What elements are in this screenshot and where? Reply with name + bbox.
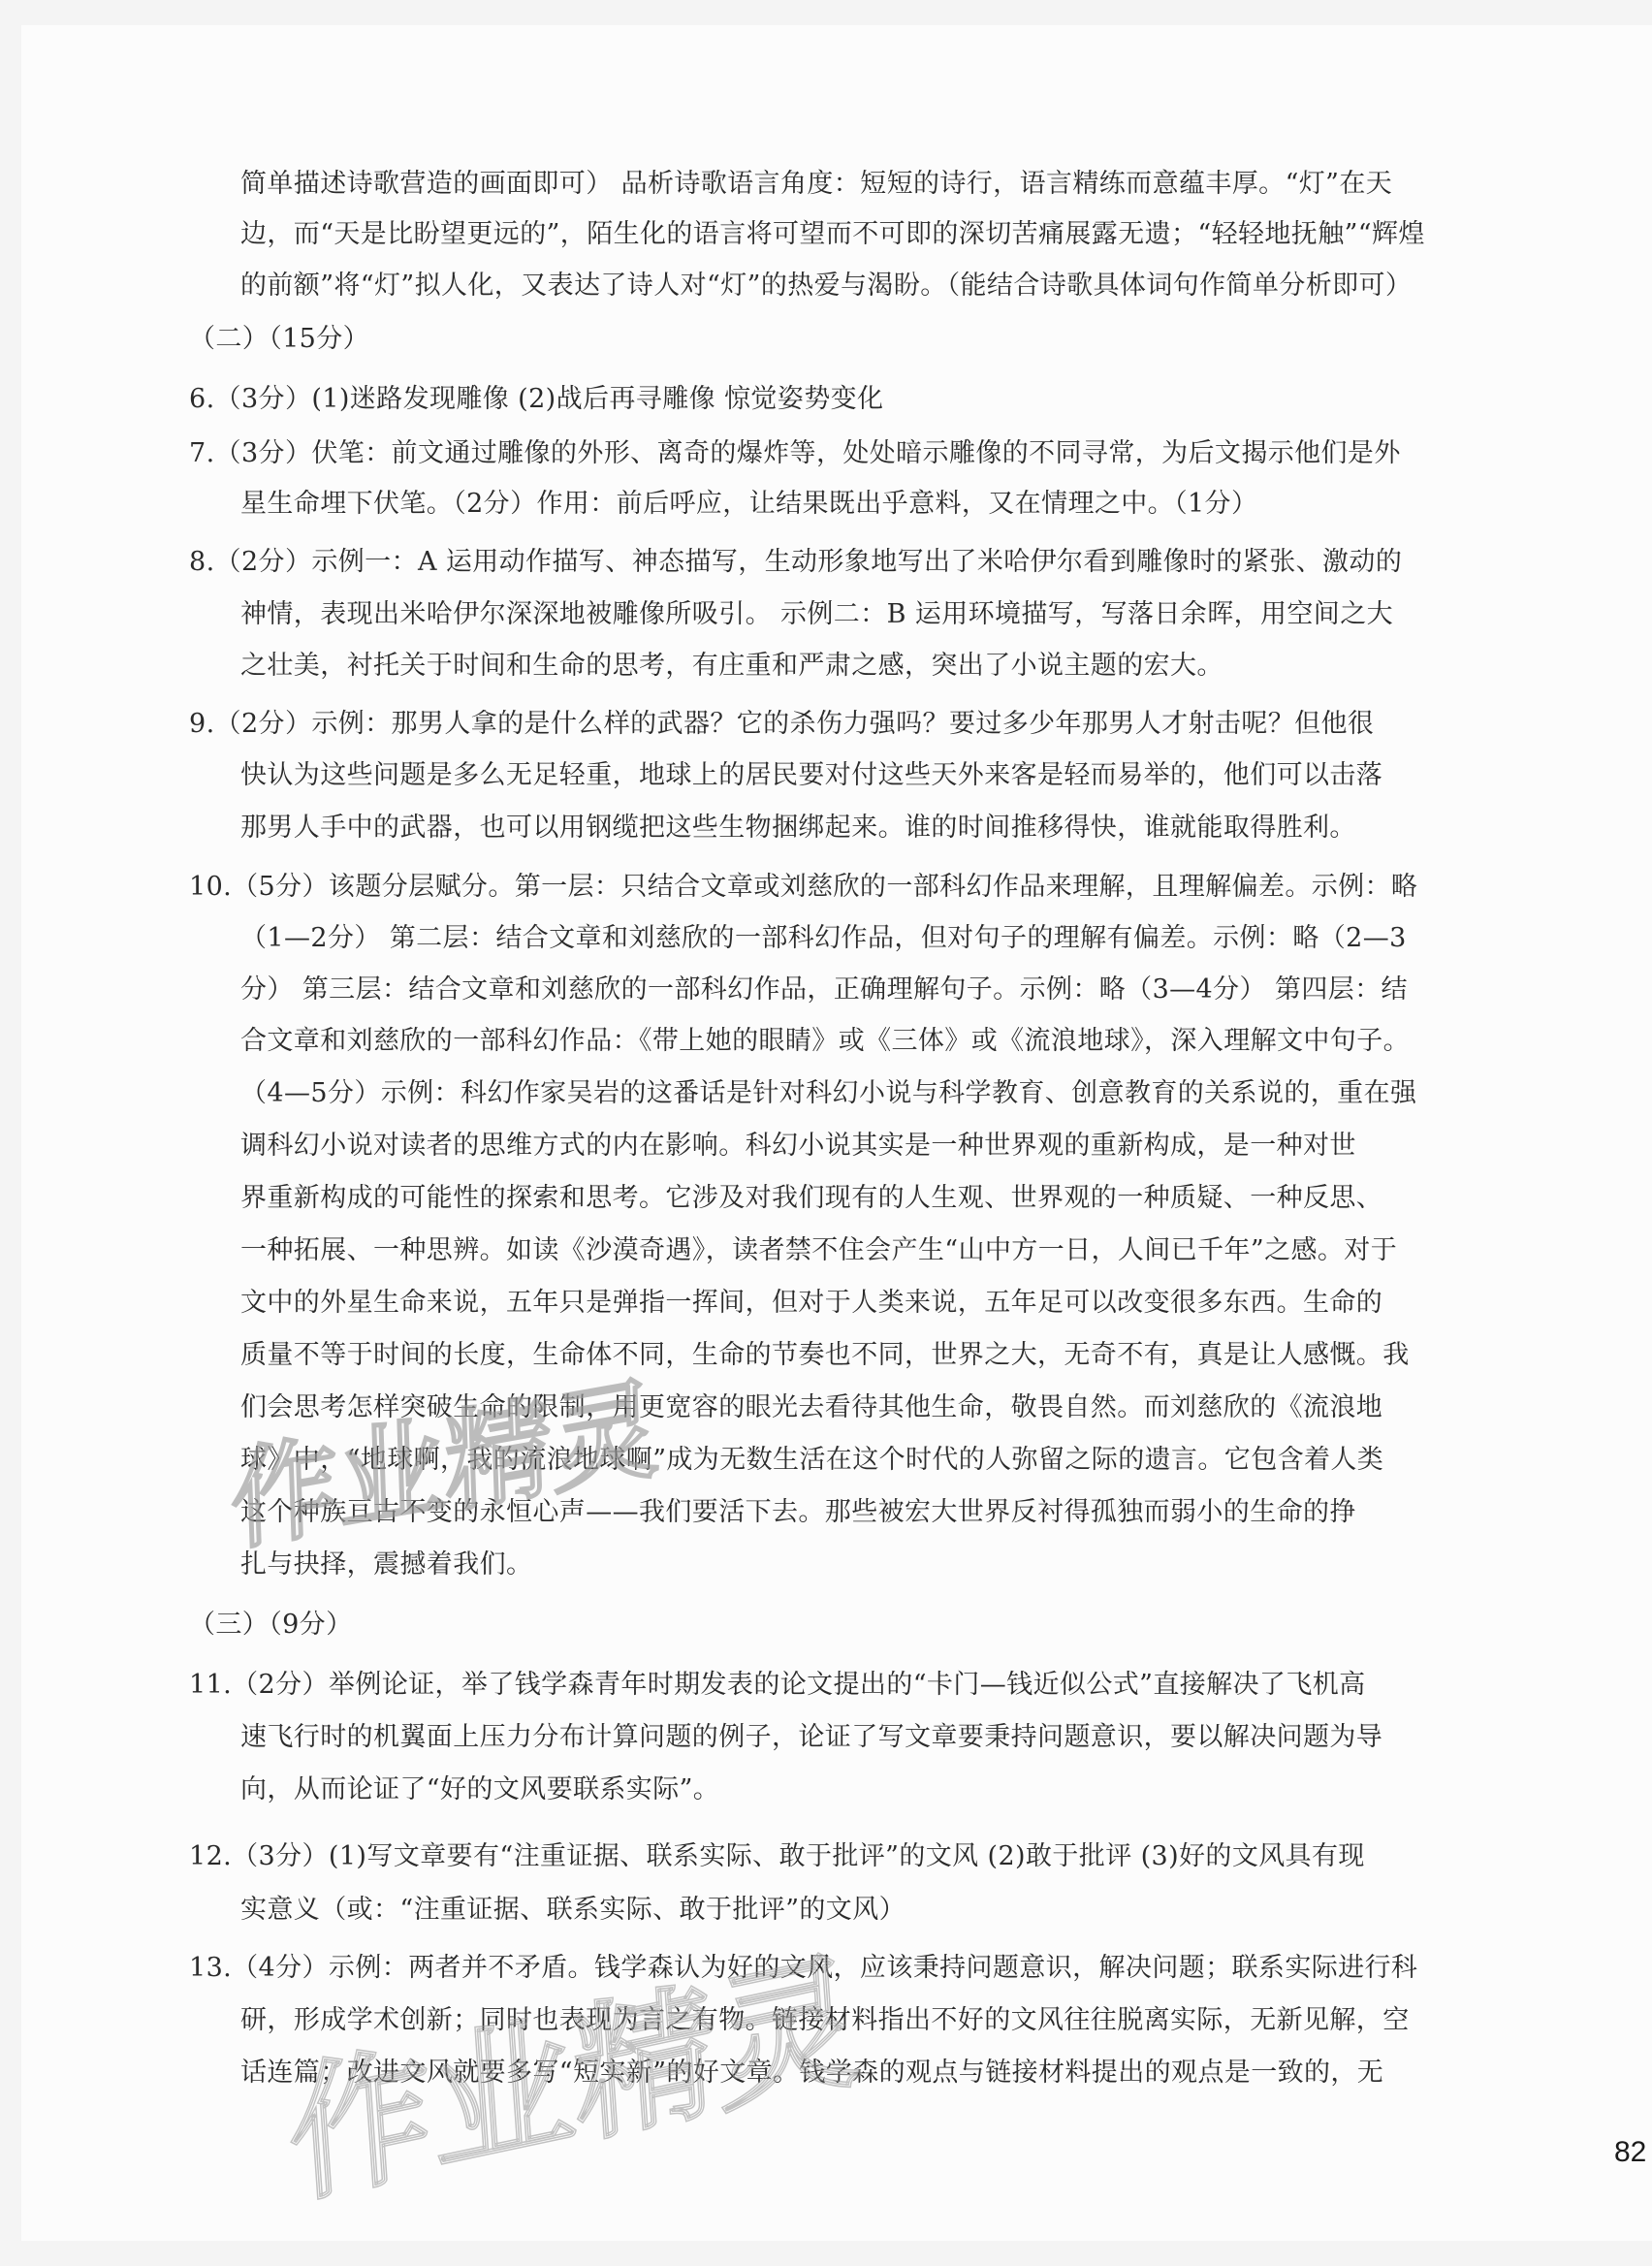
section-heading-3: （三）（9分）: [189, 1606, 352, 1644]
question-8-line: 神情，表现出米哈伊尔深深地被雕像所吸引。 示例二：B 运用环境描写，写落日余晖，…: [240, 595, 1393, 634]
question-10-line: 界重新构成的可能性的探索和思考。它涉及对我们现有的人生观、世界观的一种质疑、一种…: [240, 1179, 1382, 1218]
question-13-line: 话连篇；改进文风就要多写“短实新”的好文章。钱学森的观点与链接材料提出的观点是一…: [240, 2054, 1383, 2092]
question-10-line: 这个种族亘古不变的永恒心声——我们要活下去。那些被宏大世界反衬得孤独而弱小的生命…: [240, 1493, 1356, 1532]
question-10-line: 们会思考怎样突破生命的限制，用更宽容的眼光去看待其他生命，敬畏自然。而刘慈欣的《…: [240, 1388, 1382, 1427]
question-7-line: 7.（3分）伏笔：前文通过雕像的外形、离奇的爆炸等，处处暗示雕像的不同寻常，为后…: [189, 434, 1401, 473]
question-10-line: 质量不等于时间的长度，生命体不同，生命的节奏也不同，世界之大，无奇不有，真是让人…: [240, 1336, 1410, 1375]
question-11-line: 速飞行时的机翼面上压力分布计算问题的例子，论证了写文章要秉持问题意识，要以解决问…: [240, 1718, 1382, 1757]
continuation-line: 简单描述诗歌营造的画面即可） 品析诗歌语言角度：短短的诗行，语言精练而意蕴丰厚。…: [240, 165, 1392, 204]
question-10-line: 10.（5分）该题分层赋分。第一层：只结合文章或刘慈欣的一部科幻作品来理解，且理…: [189, 868, 1417, 907]
question-7-line: 星生命埋下伏笔。（2分）作用：前后呼应，让结果既出乎意料，又在情理之中。（1分）: [240, 485, 1257, 524]
question-10-line: 调科幻小说对读者的思维方式的内在影响。科幻小说其实是一种世界观的重新构成，是一种…: [240, 1127, 1356, 1165]
question-10-line: （1—2分） 第二层：结合文章和刘慈欣的一部科幻作品，但对句子的理解有偏差。示例…: [240, 919, 1407, 958]
continuation-line: 的前额”将“灯”拟人化，又表达了诗人对“灯”的热爱与渴盼。（能结合诗歌具体词句作…: [240, 267, 1412, 305]
question-8-line: 之壮美，衬托关于时间和生命的思考，有庄重和严肃之感，突出了小说主题的宏大。: [240, 647, 1223, 686]
question-9-line: 9.（2分）示例：那男人拿的是什么样的武器？它的杀伤力强吗？要过多少年那男人才射…: [189, 705, 1374, 744]
question-9-line: 快认为这些问题是多么无足轻重，地球上的居民要对付这些天外来客是轻而易举的，他们可…: [240, 756, 1382, 795]
question-12-line: 12.（3分）(1)写文章要有“注重证据、联系实际、敢于批评”的文风 (2)敢于…: [189, 1837, 1365, 1876]
question-8-line: 8.（2分）示例一：A 运用动作描写、神态描写，生动形象地写出了米哈伊尔看到雕像…: [189, 543, 1402, 582]
section-heading-2: （二）（15分）: [189, 320, 369, 359]
question-10-line: 一种拓展、一种思辨。如读《沙漠奇遇》，读者禁不住会产生“山中方一日，人间已千年”…: [240, 1231, 1397, 1270]
question-10-line: 合文章和刘慈欣的一部科幻作品：《带上她的眼睛》或《三体》或《流浪地球》，深入理解…: [240, 1022, 1410, 1061]
question-10-line: 文中的外星生命来说，五年只是弹指一挥间，但对于人类来说，五年足可以改变很多东西。…: [240, 1284, 1382, 1323]
page-number: 82: [1614, 2136, 1646, 2169]
question-10-line: 扎与抉择，震撼着我们。: [240, 1546, 532, 1584]
question-10-line: （4—5分）示例：科幻作家吴岩的这番话是针对科幻小说与科学教育、创意教育的关系说…: [240, 1074, 1416, 1113]
question-13-line: 研，形成学术创新；同时也表现为言之有物。链接材料指出不好的文风往往脱离实际，无新…: [240, 2001, 1410, 2040]
question-10-line: 球》中，“地球啊，我的流浪地球啊”成为无数生活在这个时代的人弥留之际的遗言。它包…: [240, 1441, 1383, 1480]
question-12-line: 实意义（或：“注重证据、联系实际、敢于批评”的文风）: [240, 1891, 905, 1930]
question-11-line: 11.（2分）举例论证，举了钱学森青年时期发表的论文提出的“卡门—钱近似公式”直…: [189, 1666, 1366, 1705]
question-10-line: 分） 第三层：结合文章和刘慈欣的一部科幻作品，正确理解句子。示例：略（3—4分）…: [240, 971, 1408, 1009]
question-13-line: 13.（4分）示例：两者并不矛盾。钱学森认为好的文风，应该秉持问题意识，解决问题…: [189, 1949, 1417, 1988]
question-9-line: 那男人手中的武器，也可以用钢缆把这些生物捆绑起来。谁的时间推移得快，谁就能取得胜…: [240, 809, 1356, 847]
question-11-line: 向，从而论证了“好的文风要联系实际”。: [240, 1771, 719, 1809]
question-6-line: 6.（3分）(1)迷路发现雕像 (2)战后再寻雕像 惊觉姿势变化: [189, 380, 883, 419]
continuation-line: 边，而“天是比盼望更远的”，陌生化的语言将可望而不可即的深切苦痛展露无遗；“轻轻…: [240, 215, 1425, 254]
